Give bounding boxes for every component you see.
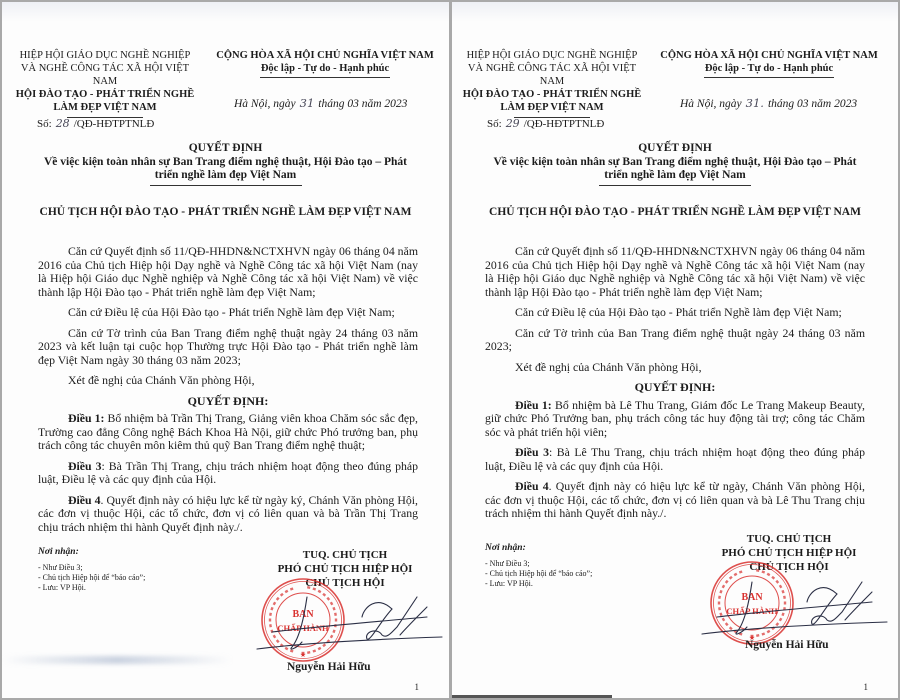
- document-body: Căn cứ Quyết định số 11/QĐ-HHDN&NCTXHVN …: [38, 245, 418, 541]
- recipients: Nơi nhận: - Như Điều 3;- Chủ tịch Hiệp h…: [485, 543, 592, 589]
- articles: Điều 1: Bổ nhiệm bà Trần Thị Trang, Giản…: [38, 412, 418, 534]
- article: Điều 1: Bổ nhiệm bà Trần Thị Trang, Giản…: [38, 412, 418, 453]
- article-label: Điều 4: [68, 493, 101, 507]
- document-title-block: QUYẾT ĐỊNH Về việc kiện toàn nhân sự Ban…: [472, 142, 878, 186]
- national-motto: Độc lập - Tự do - Hạnh phúc: [644, 62, 894, 75]
- recipients-title: Nơi nhận:: [485, 543, 592, 553]
- number-prefix: Số:: [37, 118, 52, 130]
- recipients: Nơi nhận: - Như Điều 3;- Chủ tịch Hiệp h…: [38, 547, 145, 593]
- document-number: Số:28/QĐ-HĐTPTNLĐ: [37, 117, 154, 130]
- article-label: Điều 3: [515, 445, 549, 459]
- divider: [599, 185, 751, 186]
- recipient-item: - Chủ tịch Hiệp hội để “báo cáo”;: [38, 573, 145, 583]
- org-line: VÀ NGHỀ CÔNG TÁC XÃ HỘI VIỆT NAM: [457, 62, 647, 88]
- document-title: QUYẾT ĐỊNH: [472, 142, 878, 156]
- legal-basis-item: Căn cứ Tờ trình của Ban Trang điểm nghệ …: [485, 327, 865, 354]
- scan-shade: [2, 656, 232, 664]
- legal-basis-item: Căn cứ Điều lệ của Hội Đào tạo - Phát tr…: [38, 306, 418, 320]
- scan-shade: [452, 695, 612, 698]
- document-body: Căn cứ Quyết định số 11/QĐ-HHDN&NCTXHVN …: [485, 245, 865, 528]
- org-name: HỘI ĐÀO TẠO - PHÁT TRIỂN NGHỀ: [457, 88, 647, 101]
- document-number: Số:29/QĐ-HĐTPTNLĐ: [487, 117, 604, 130]
- number-suffix: /QĐ-HĐTPTNLĐ: [524, 118, 605, 130]
- date-suffix: tháng 03 năm 2023: [768, 98, 857, 110]
- scan-shade: [452, 2, 898, 22]
- article: Điều 1: Bổ nhiệm bà Lê Thu Trang, Giám đ…: [485, 399, 865, 440]
- legal-basis-item: Căn cứ Quyết định số 11/QĐ-HHDN&NCTXHVN …: [38, 245, 418, 299]
- divider: [260, 77, 390, 78]
- legal-basis-item: Căn cứ Quyết định số 11/QĐ-HHDN&NCTXHVN …: [485, 245, 865, 299]
- scan-shade: [2, 2, 449, 22]
- number-prefix: Số:: [487, 118, 502, 130]
- article: Điều 3: Bà Trần Thị Trang, chịu trách nh…: [38, 460, 418, 487]
- article: Điều 4. Quyết định này có hiệu lực kể từ…: [485, 480, 865, 521]
- recipient-item: - Như Điều 3;: [38, 563, 145, 573]
- national-header: CỘNG HÒA XÃ HỘI CHỦ NGHĨA VIỆT NAM Độc l…: [200, 49, 449, 78]
- legal-basis: Căn cứ Quyết định số 11/QĐ-HHDN&NCTXHVN …: [38, 245, 418, 388]
- document-date: Hà Nội, ngày31tháng 03 năm 2023: [234, 96, 407, 110]
- article-label: Điều 4: [515, 479, 549, 493]
- recipients-list: - Như Điều 3;- Chủ tịch Hiệp hội để “báo…: [485, 559, 592, 589]
- document-title-block: QUYẾT ĐỊNH Về việc kiện toàn nhân sự Ban…: [22, 142, 429, 186]
- article-label: Điều 1:: [68, 411, 104, 425]
- org-line: HIỆP HỘI GIÁO DỤC NGHỀ NGHIỆP: [10, 49, 200, 62]
- recipients-list: - Như Điều 3;- Chủ tịch Hiệp hội để “báo…: [38, 563, 145, 593]
- recipient-item: - Như Điều 3;: [485, 559, 592, 569]
- page-number: 1: [864, 682, 869, 692]
- legal-basis-item: Xét đề nghị của Chánh Văn phòng Hội,: [485, 361, 865, 375]
- recipients-title: Nơi nhận:: [38, 547, 145, 557]
- article-label: Điều 3: [68, 459, 101, 473]
- handwritten-number: 28: [56, 117, 70, 130]
- article: Điều 3: Bà Lê Thu Trang, chịu trách nhiệ…: [485, 446, 865, 473]
- date-prefix: Hà Nội, ngày: [234, 98, 296, 110]
- national-header: CỘNG HÒA XÃ HỘI CHỦ NGHĨA VIỆT NAM Độc l…: [644, 49, 894, 78]
- legal-basis-item: Căn cứ Điều lệ của Hội Đào tạo - Phát tr…: [485, 306, 865, 320]
- org-name: HỘI ĐÀO TẠO - PHÁT TRIỂN NGHỀ: [10, 88, 200, 101]
- national-title: CỘNG HÒA XÃ HỘI CHỦ NGHĨA VIỆT NAM: [200, 49, 449, 62]
- document-date: Hà Nội, ngày31.tháng 03 năm 2023: [680, 96, 857, 110]
- handwritten-day: 31.: [746, 96, 764, 110]
- issuing-authority: CHỦ TỊCH HỘI ĐÀO TẠO - PHÁT TRIỂN NGHỀ L…: [462, 206, 888, 218]
- divider: [150, 185, 302, 186]
- legal-basis: Căn cứ Quyết định số 11/QĐ-HHDN&NCTXHVN …: [485, 245, 865, 374]
- recipient-item: - Lưu: VP Hội.: [38, 583, 145, 593]
- national-title: CỘNG HÒA XÃ HỘI CHỦ NGHĨA VIỆT NAM: [644, 49, 894, 62]
- org-line: VÀ NGHỀ CÔNG TÁC XÃ HỘI VIỆT NAM: [10, 62, 200, 88]
- subject-line: Về việc kiện toàn nhân sự Ban Trang điểm…: [472, 156, 878, 170]
- date-prefix: Hà Nội, ngày: [680, 98, 742, 110]
- divider: [704, 77, 834, 78]
- recipient-item: - Chủ tịch Hiệp hội để “báo cáo”;: [485, 569, 592, 579]
- articles: Điều 1: Bổ nhiệm bà Lê Thu Trang, Giám đ…: [485, 399, 865, 521]
- handwritten-signature-icon: [697, 572, 892, 642]
- signer-name: Nguyễn Hải Hữu: [745, 639, 829, 651]
- date-suffix: tháng 03 năm 2023: [318, 98, 407, 110]
- subject-line: Về việc kiện toàn nhân sự Ban Trang điểm…: [22, 156, 429, 170]
- article-label: Điều 1:: [515, 398, 552, 412]
- legal-basis-item: Xét đề nghị của Chánh Văn phòng Hội,: [38, 374, 418, 388]
- org-name: LÀM ĐẸP VIỆT NAM: [10, 101, 200, 114]
- number-suffix: /QĐ-HĐTPTNLĐ: [74, 118, 155, 130]
- sign-title: PHÓ CHỦ TỊCH HIỆP HỘI: [270, 562, 420, 576]
- decision-heading: QUYẾT ĐỊNH:: [485, 381, 865, 395]
- organization-header: HIỆP HỘI GIÁO DỤC NGHỀ NGHIỆP VÀ NGHỀ CÔ…: [10, 49, 200, 118]
- page-number: 1: [415, 682, 420, 692]
- recipient-item: - Lưu: VP Hội.: [485, 579, 592, 589]
- handwritten-number: 29: [506, 117, 520, 130]
- issuing-authority: CHỦ TỊCH HỘI ĐÀO TẠO - PHÁT TRIỂN NGHỀ L…: [12, 206, 439, 218]
- decision-heading: QUYẾT ĐỊNH:: [38, 395, 418, 409]
- document-page-1: HIỆP HỘI GIÁO DỤC NGHỀ NGHIỆP VÀ NGHỀ CÔ…: [2, 2, 449, 698]
- sign-title: TUQ. CHỦ TỊCH: [714, 532, 864, 546]
- sign-title: PHÓ CHỦ TỊCH HIỆP HỘI: [714, 546, 864, 560]
- handwritten-day: 31: [300, 96, 315, 110]
- legal-basis-item: Căn cứ Tờ trình của Ban Trang điểm nghệ …: [38, 327, 418, 368]
- sign-title: TUQ. CHỦ TỊCH: [270, 548, 420, 562]
- article: Điều 4. Quyết định này có hiệu lực kể từ…: [38, 494, 418, 535]
- national-motto: Độc lập - Tự do - Hạnh phúc: [200, 62, 449, 75]
- subject-line: triển nghề làm đẹp Việt Nam: [22, 169, 429, 183]
- handwritten-signature-icon: [252, 587, 447, 657]
- document-title: QUYẾT ĐỊNH: [22, 142, 429, 156]
- subject-line: triển nghề làm đẹp Việt Nam: [472, 169, 878, 183]
- org-line: HIỆP HỘI GIÁO DỤC NGHỀ NGHIỆP: [457, 49, 647, 62]
- document-page-2: HIỆP HỘI GIÁO DỤC NGHỀ NGHIỆP VÀ NGHỀ CÔ…: [452, 2, 898, 698]
- org-name: LÀM ĐẸP VIỆT NAM: [457, 101, 647, 114]
- signer-name: Nguyễn Hải Hữu: [287, 661, 371, 673]
- organization-header: HIỆP HỘI GIÁO DỤC NGHỀ NGHIỆP VÀ NGHỀ CÔ…: [457, 49, 647, 118]
